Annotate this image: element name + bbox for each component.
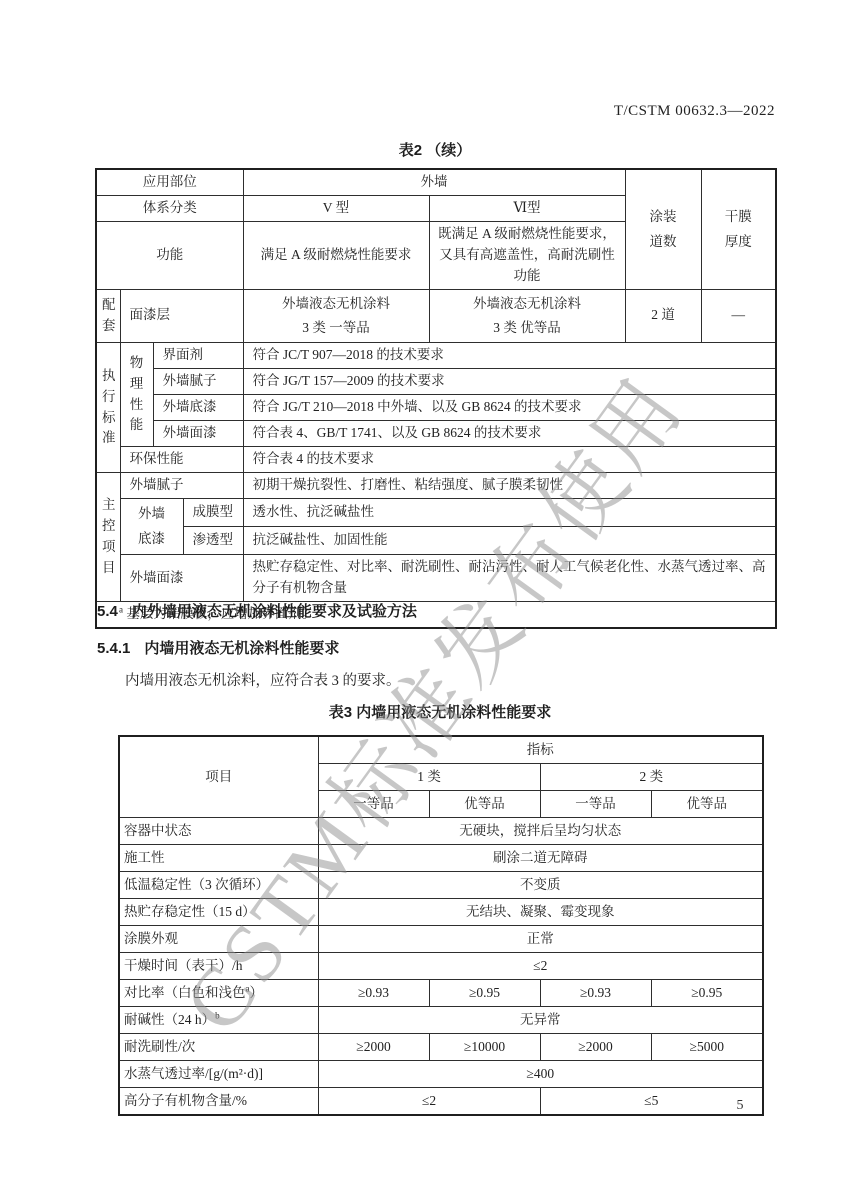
table-row: 外墙底漆 符合 JG/T 210—2018 中外墙、以及 GB 8624 的技术…: [96, 395, 776, 421]
table-row: 配套 面漆层 外墙液态无机涂料 3 类 一等品 外墙液态无机涂料 3 类 优等品…: [96, 289, 776, 343]
t3-contrast-ratio-label-close: ）: [250, 985, 264, 1000]
t2-passes-header: 涂装道数: [625, 169, 701, 289]
t3-alkali-resistance-label-text: 耐碱性（24 h）: [124, 1012, 215, 1027]
t3-drying-time-label: 干燥时间（表干）/h: [119, 953, 318, 980]
table-row: 对比率（白色和浅色a） ≥0.93 ≥0.95 ≥0.93 ≥0.95: [119, 980, 763, 1007]
t2-function-vi: 既满足 A 级耐燃烧性能要求，又具有高遮盖性，高耐洗刷性功能: [429, 221, 625, 289]
t2-mc-film-type-value: 透水性、抗泛碱盐性: [243, 498, 776, 526]
section-heading-5-4: 5.4内外墙用液态无机涂料性能要求及试验方法: [97, 600, 417, 621]
t3-heat-storage-stability-value: 无结块、凝聚、霉变现象: [318, 899, 763, 926]
t3-polymer-content-class1: ≤2: [318, 1088, 540, 1116]
table-row: 低温稳定性（3 次循环） 不变质: [119, 872, 763, 899]
t2-mc-film-type-label: 成膜型: [183, 498, 243, 526]
t2-mc-primer-label: 外墙底漆: [120, 498, 183, 554]
t2-interface-agent-value: 符合 JC/T 907—2018 的技术要求: [243, 343, 776, 369]
t2-group-supporting-text: 配套: [101, 295, 117, 337]
table2-title: 表2 （续）: [95, 139, 775, 160]
t2-physical-perf: 物理性能: [120, 343, 153, 447]
t3-scrub-resistance-c1-premium: ≥10000: [429, 1034, 540, 1061]
t3-scrub-resistance-c2-premium: ≥5000: [651, 1034, 763, 1061]
t3-water-vapor-label: 水蒸气透过率/[g/(m²·d)]: [119, 1061, 318, 1088]
table-row: 外墙底漆 成膜型 透水性、抗泛碱盐性: [96, 498, 776, 526]
table-row: 应用部位 外墙 涂装道数 干膜厚度: [96, 169, 776, 195]
t2-thickness-header: 干膜厚度: [701, 169, 776, 289]
t2-env-perf-value: 符合表 4 的技术要求: [243, 446, 776, 472]
table3-title: 表3 内墙用液态无机涂料性能要求: [118, 701, 762, 722]
t2-system-vi: Ⅵ型: [429, 195, 625, 221]
t3-scrub-resistance-c1-first: ≥2000: [318, 1034, 429, 1061]
standard-number: T/CSTM 00632.3—2022: [95, 103, 775, 120]
t3-container-state-value: 无硬块，搅拌后呈均匀状态: [318, 818, 763, 845]
t2-mc-topcoat-label: 外墙面漆: [120, 555, 243, 602]
t2-putty-label: 外墙腻子: [153, 369, 243, 395]
page-number: 5: [700, 1098, 780, 1114]
t3-workability-value: 刷涂二道无障碍: [318, 845, 763, 872]
t3-item-header: 项目: [119, 736, 318, 818]
t2-mc-topcoat-value: 热贮存稳定性、对比率、耐洗刷性、耐沾污性、耐人工气候老化性、水蒸气透过率、高分子…: [243, 555, 776, 602]
table-row: 水蒸气透过率/[g/(m²·d)] ≥400: [119, 1061, 763, 1088]
t2-group-supporting: 配套: [96, 289, 120, 343]
t2-env-perf-label: 环保性能: [120, 446, 243, 472]
t3-contrast-ratio-label: 对比率（白色和浅色a）: [119, 980, 318, 1007]
t2-mc-perm-type-label: 渗透型: [183, 526, 243, 554]
t2-putty-value: 符合 JG/T 157—2009 的技术要求: [243, 369, 776, 395]
t3-contrast-ratio-c1-first: ≥0.93: [318, 980, 429, 1007]
t2-system-v: V 型: [243, 195, 429, 221]
t3-class2-header: 2 类: [540, 764, 763, 791]
t2-mc-putty-label: 外墙腻子: [120, 472, 243, 498]
t2-topcoat-label: 外墙面漆: [153, 420, 243, 446]
table-row: 热贮存稳定性（15 d） 无结块、凝聚、霉变现象: [119, 899, 763, 926]
t2-mc-perm-type-value: 抗泛碱盐性、加固性能: [243, 526, 776, 554]
t2-topcoat-layer-label: 面漆层: [120, 289, 243, 343]
t3-alkali-resistance-value: 无异常: [318, 1007, 763, 1034]
table-row: 容器中状态 无硬块，搅拌后呈均匀状态: [119, 818, 763, 845]
t3-scrub-resistance-label: 耐洗刷性/次: [119, 1034, 318, 1061]
t2-topcoat-v-value: 外墙液态无机涂料 3 类 一等品: [243, 289, 429, 343]
t3-contrast-ratio-label-text: 对比率（白色和浅色: [124, 985, 246, 1000]
table-row: 主控项目 外墙腻子 初期干燥抗裂性、打磨性、粘结强度、腻子膜柔韧性: [96, 472, 776, 498]
t3-alkali-resistance-label: 耐碱性（24 h）b: [119, 1007, 318, 1034]
t3-water-vapor-value: ≥400: [318, 1061, 763, 1088]
t2-thickness-header-text: 干膜厚度: [724, 204, 753, 255]
t2-function-label: 功能: [96, 221, 243, 289]
t2-mc-putty-value: 初期干燥抗裂性、打磨性、粘结强度、腻子膜柔韧性: [243, 472, 776, 498]
table-row: 干燥时间（表干）/h ≤2: [119, 953, 763, 980]
t3-polymer-content-label: 高分子有机物含量/%: [119, 1088, 318, 1116]
section-title: 内墙用液态无机涂料性能要求: [144, 640, 339, 657]
t2-physical-perf-text: 物理性能: [129, 353, 145, 437]
t2-topcoat-vi-value: 外墙液态无机涂料 3 类 优等品: [429, 289, 625, 343]
t2-mc-primer-label-text: 外墙底漆: [137, 501, 166, 552]
t3-indicator-header: 指标: [318, 736, 763, 764]
t2-function-v: 满足 A 级耐燃烧性能要求: [243, 221, 429, 289]
t2-group-exec-standard: 执行标准: [96, 343, 120, 473]
t3-scrub-resistance-c2-first: ≥2000: [540, 1034, 651, 1061]
body-paragraph: 内墙用液态无机涂料，应符合表 3 的要求。: [125, 669, 401, 690]
table-3-interior-wall-coating-requirements: 项目 指标 1 类 2 类 一等品 优等品 一等品 优等品 容器中状态 无硬块，…: [118, 735, 764, 1116]
table-2-exterior-wall-system: 应用部位 外墙 涂装道数 干膜厚度 体系分类 V 型 Ⅵ型 功能 满足 A 级耐…: [95, 168, 777, 629]
t2-application-label: 应用部位: [96, 169, 243, 195]
t2-interface-agent-label: 界面剂: [153, 343, 243, 369]
section-number: 5.4.1: [97, 640, 130, 657]
t3-alkali-resistance-footnote-marker: b: [215, 1010, 220, 1020]
t3-contrast-ratio-c2-first: ≥0.93: [540, 980, 651, 1007]
t3-contrast-ratio-c2-premium: ≥0.95: [651, 980, 763, 1007]
t3-grade1-header: 一等品: [318, 791, 429, 818]
t2-system-label: 体系分类: [96, 195, 243, 221]
t2-passes-value: 2 道: [625, 289, 701, 343]
table-row: 项目 指标: [119, 736, 763, 764]
table-row: 高分子有机物含量/% ≤2 ≤5: [119, 1088, 763, 1116]
t3-grade2-header: 优等品: [429, 791, 540, 818]
table-row: 耐碱性（24 h）b 无异常: [119, 1007, 763, 1034]
t2-primer-label: 外墙底漆: [153, 395, 243, 421]
t3-workability-label: 施工性: [119, 845, 318, 872]
t3-class1-header: 1 类: [318, 764, 540, 791]
document-page: T/CSTM 00632.3—2022 表2 （续） 应用部位 外墙 涂装道数 …: [0, 0, 849, 1200]
t2-passes-header-text: 涂装道数: [648, 204, 677, 255]
t3-low-temp-stability-label: 低温稳定性（3 次循环）: [119, 872, 318, 899]
table-row: 涂膜外观 正常: [119, 926, 763, 953]
t3-container-state-label: 容器中状态: [119, 818, 318, 845]
t3-film-appearance-value: 正常: [318, 926, 763, 953]
t2-group-main-control: 主控项目: [96, 472, 120, 601]
t2-group-main-control-text: 主控项目: [101, 495, 117, 579]
table-row: 外墙面漆 符合表 4、GB/T 1741、以及 GB 8624 的技术要求: [96, 420, 776, 446]
section-number: 5.4: [97, 603, 118, 620]
t3-low-temp-stability-value: 不变质: [318, 872, 763, 899]
section-title: 内外墙用液态无机涂料性能要求及试验方法: [132, 603, 417, 620]
t2-topcoat-value: 符合表 4、GB/T 1741、以及 GB 8624 的技术要求: [243, 420, 776, 446]
t2-thickness-value: —: [701, 289, 776, 343]
table-row: 环保性能 符合表 4 的技术要求: [96, 446, 776, 472]
t3-heat-storage-stability-label: 热贮存稳定性（15 d）: [119, 899, 318, 926]
t3-contrast-ratio-c1-premium: ≥0.95: [429, 980, 540, 1007]
t2-primer-value: 符合 JG/T 210—2018 中外墙、以及 GB 8624 的技术要求: [243, 395, 776, 421]
t3-grade3-header: 一等品: [540, 791, 651, 818]
table-row: 执行标准 物理性能 界面剂 符合 JC/T 907—2018 的技术要求: [96, 343, 776, 369]
t2-application-value: 外墙: [243, 169, 625, 195]
section-heading-5-4-1: 5.4.1内墙用液态无机涂料性能要求: [97, 637, 339, 658]
t3-film-appearance-label: 涂膜外观: [119, 926, 318, 953]
table-row: 外墙面漆 热贮存稳定性、对比率、耐洗刷性、耐沾污性、耐人工气候老化性、水蒸气透过…: [96, 555, 776, 602]
table-row: 施工性 刷涂二道无障碍: [119, 845, 763, 872]
table-row: 外墙腻子 符合 JG/T 157—2009 的技术要求: [96, 369, 776, 395]
t3-drying-time-value: ≤2: [318, 953, 763, 980]
table-row: 渗透型 抗泛碱盐性、加固性能: [96, 526, 776, 554]
t3-grade4-header: 优等品: [651, 791, 763, 818]
t2-group-exec-standard-text: 执行标准: [101, 366, 117, 450]
table-row: 耐洗刷性/次 ≥2000 ≥10000 ≥2000 ≥5000: [119, 1034, 763, 1061]
